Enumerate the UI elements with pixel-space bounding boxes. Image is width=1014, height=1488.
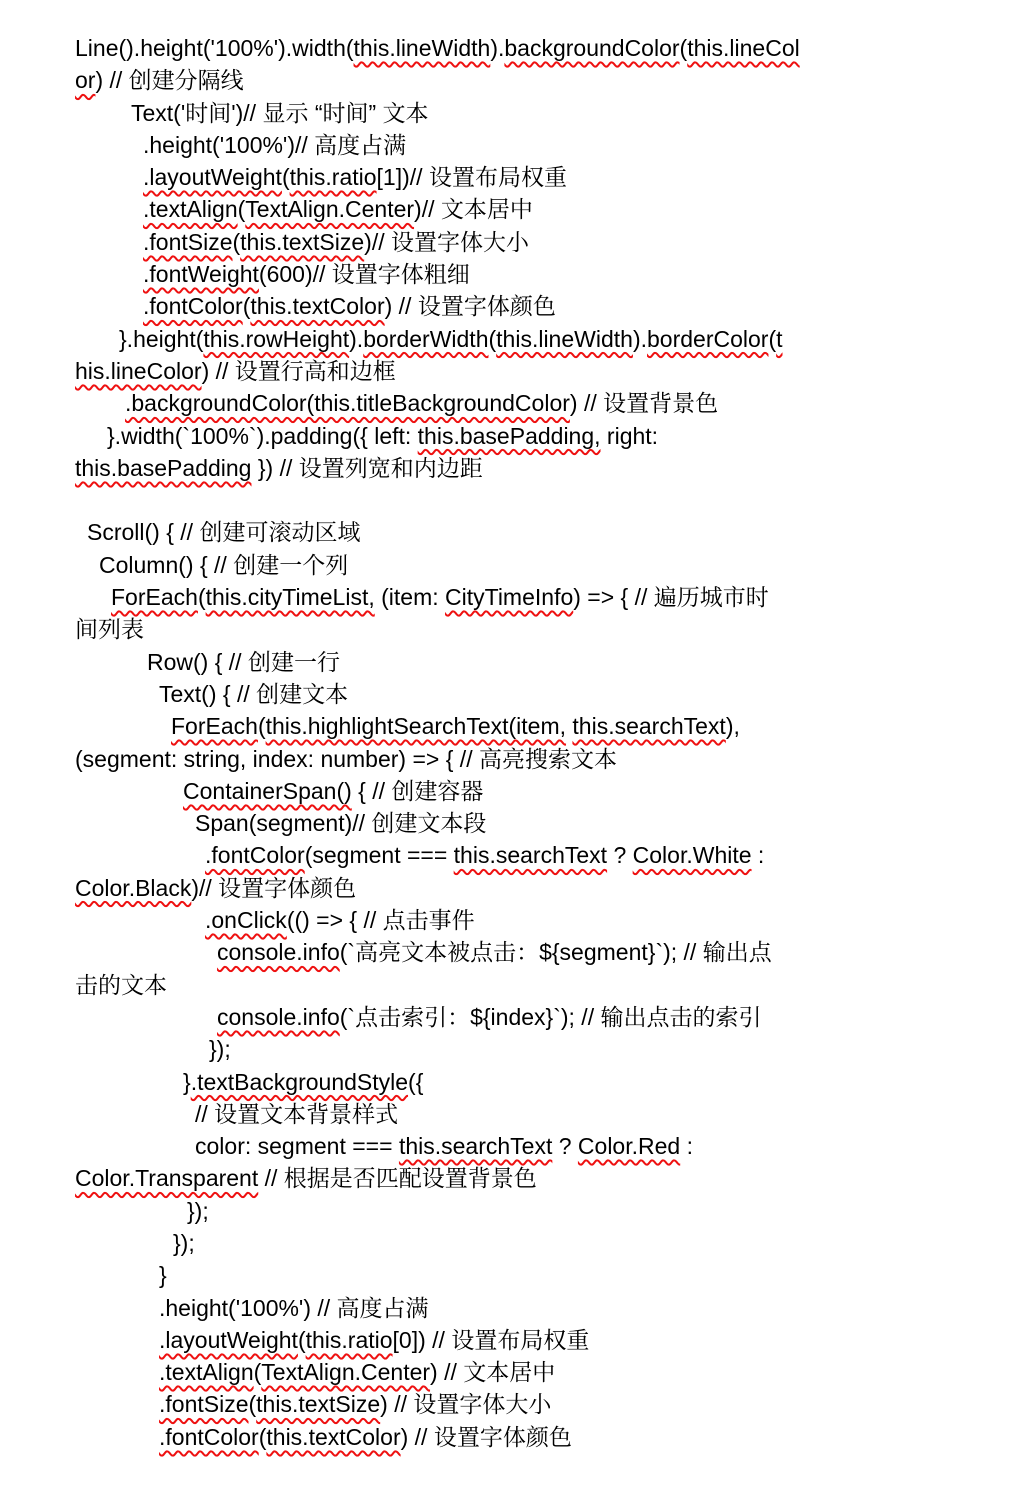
code-line: .layoutWeight(this.ratio[0]) // 设置布局权重: [75, 1324, 974, 1356]
misspelled-text: .fontColor: [143, 293, 243, 319]
misspelled-text: this.ratio: [290, 164, 377, 190]
code-line: ContainerSpan() { // 创建容器: [75, 775, 974, 807]
misspelled-text: backgroundColor: [504, 35, 679, 61]
misspelled-text: .layoutWeight: [159, 1327, 298, 1353]
misspelled-text: ForEach: [171, 713, 258, 739]
code-text: (: [298, 1327, 306, 1353]
code-text: :: [752, 842, 765, 868]
code-text: }) // 设置列宽和内边距: [251, 455, 482, 481]
code-text: }.height(: [119, 326, 203, 352]
code-text: Text('时间')// 显示 “时间” 文本: [131, 100, 429, 126]
misspelled-text: this.searchText: [454, 842, 607, 868]
code-text: .height('100%') // 高度占满: [159, 1295, 429, 1321]
code-text: ).: [633, 326, 647, 352]
misspelled-text: this.lineWidth: [354, 35, 491, 61]
misspelled-text: TextAlign.Center: [245, 196, 414, 222]
code-line: Text('时间')// 显示 “时间” 文本: [75, 97, 974, 129]
code-line: }.height(this.rowHeight).borderWidth(thi…: [75, 323, 974, 355]
code-text: (: [282, 164, 290, 190]
code-text: [0]) // 设置布局权重: [393, 1327, 590, 1353]
code-text: Line().height('100%').width(: [75, 35, 354, 61]
code-line: Column() { // 创建一个列: [75, 549, 974, 581]
code-line: Line().height('100%').width(this.lineWid…: [75, 32, 974, 64]
code-text: Column() { // 创建一个列: [99, 552, 348, 578]
code-line: Span(segment)// 创建文本段: [75, 807, 974, 839]
misspelled-text: this.searchText: [399, 1133, 552, 1159]
code-text: Scroll() { // 创建可滚动区域: [87, 519, 360, 545]
misspelled-text: .textBackgroundStyle: [191, 1069, 408, 1095]
misspelled-text: .fontColor: [205, 842, 305, 868]
code-text: ).: [349, 326, 363, 352]
code-text: }: [159, 1262, 167, 1288]
misspelled-text: this.textColor: [266, 1424, 400, 1450]
code-line: 间列表: [75, 613, 974, 645]
code-text: (segment: string, index: number) => { //…: [75, 746, 617, 772]
code-text: { // 创建容器: [352, 778, 484, 804]
code-text: Row() { // 创建一行: [147, 649, 340, 675]
code-line: }.width(`100%`).padding({ left: this.bas…: [75, 420, 974, 452]
misspelled-text: this.basePadding: [75, 455, 251, 481]
code-text: ) // 设置背景色: [570, 390, 718, 416]
misspelled-text: this.cityTimeList,: [206, 584, 375, 610]
misspelled-text: t: [776, 326, 782, 352]
misspelled-text: .textAlign: [143, 196, 238, 222]
code-line: console.info(`点击索引：${index}`); // 输出点击的索…: [75, 1001, 974, 1033]
misspelled-text: this.textSize: [256, 1391, 380, 1417]
code-line: .height('100%')// 高度占满: [75, 129, 974, 161]
misspelled-text: console.info: [217, 1004, 340, 1030]
misspelled-text: this.rowHeight: [203, 326, 349, 352]
code-text: }: [183, 1069, 191, 1095]
misspelled-text: or: [75, 67, 95, 93]
code-text: ?: [552, 1133, 578, 1159]
code-text: :: [680, 1133, 693, 1159]
code-line: (segment: string, index: number) => { //…: [75, 743, 974, 775]
misspelled-text: .backgroundColor(this.titleBackgroundCol…: [125, 390, 570, 416]
code-text: ) // 设置行高和边框: [202, 358, 396, 384]
misspelled-text: .fontWeight: [143, 261, 259, 287]
code-text: (: [198, 584, 206, 610]
code-line: }.textBackgroundStyle({: [75, 1066, 974, 1098]
code-line: Color.Transparent // 根据是否匹配设置背景色: [75, 1162, 974, 1194]
code-text: ),: [726, 713, 740, 739]
code-line: .layoutWeight(this.ratio[1])// 设置布局权重: [75, 161, 974, 193]
code-text: ?: [607, 842, 633, 868]
code-text: }.width(`100%`).padding({ left:: [107, 423, 418, 449]
misspelled-text: ContainerSpan(): [183, 778, 352, 804]
code-line: ForEach(this.cityTimeList, (item: CityTi…: [75, 581, 974, 613]
code-line: });: [75, 1033, 974, 1065]
code-line: .height('100%') // 高度占满: [75, 1292, 974, 1324]
misspelled-text: this.lineWidth: [496, 326, 633, 352]
code-text: (() => { // 点击事件: [287, 907, 475, 933]
misspelled-text: this.basePadding,: [418, 423, 601, 449]
code-text: (item:: [375, 584, 445, 610]
code-text: ) => { // 遍历城市时: [573, 584, 769, 610]
code-line: .fontColor(segment === this.searchText ?…: [75, 839, 974, 871]
code-text: (`高亮文本被点击：${segment}`); // 输出点: [340, 939, 772, 965]
code-line: }: [75, 1259, 974, 1291]
code-line: .fontSize(this.textSize)// 设置字体大小: [75, 226, 974, 258]
misspelled-text: console.info: [217, 939, 340, 965]
misspelled-text: .fontColor: [159, 1424, 259, 1450]
code-line: .textAlign(TextAlign.Center) // 文本居中: [75, 1356, 974, 1388]
code-text: (`点击索引：${index}`); // 输出点击的索引: [340, 1004, 762, 1030]
misspelled-text: CityTimeInfo: [445, 584, 573, 610]
code-text: .height('100%')// 高度占满: [143, 132, 406, 158]
code-line: .fontColor(this.textColor) // 设置字体颜色: [75, 290, 974, 322]
misspelled-text: borderColor: [647, 326, 768, 352]
code-text: ) // 设置字体大小: [380, 1391, 551, 1417]
misspelled-text: Color.Black: [75, 875, 191, 901]
code-text: )// 设置字体颜色: [191, 875, 356, 901]
misspelled-text: this.textSize: [240, 229, 364, 255]
code-line: });: [75, 1195, 974, 1227]
misspelled-text: this.textColor: [250, 293, 384, 319]
misspelled-text: TextAlign.Center: [261, 1359, 430, 1385]
code-text: // 根据是否匹配设置背景色: [258, 1165, 537, 1191]
code-text: [1])// 设置布局权重: [377, 164, 567, 190]
code-text: });: [187, 1198, 209, 1224]
code-line: .fontSize(this.textSize) // 设置字体大小: [75, 1388, 974, 1420]
code-line: .textAlign(TextAlign.Center)// 文本居中: [75, 193, 974, 225]
code-line: .fontColor(this.textColor) // 设置字体颜色: [75, 1421, 974, 1453]
code-line: .onClick(() => { // 点击事件: [75, 904, 974, 936]
code-line: .backgroundColor(this.titleBackgroundCol…: [75, 387, 974, 419]
code-text: });: [173, 1230, 195, 1256]
code-text: color: segment ===: [195, 1133, 399, 1159]
code-text: });: [209, 1036, 231, 1062]
code-text: Text() { // 创建文本: [159, 681, 348, 707]
code-line: console.info(`高亮文本被点击：${segment}`); // 输…: [75, 936, 974, 968]
misspelled-text: Color.Red: [578, 1133, 680, 1159]
code-line: Text() { // 创建文本: [75, 678, 974, 710]
code-line: });: [75, 1227, 974, 1259]
misspelled-text: this.searchText: [572, 713, 725, 739]
code-line: Row() { // 创建一行: [75, 646, 974, 678]
code-text: (: [488, 326, 496, 352]
code-line: .fontWeight(600)// 设置字体粗细: [75, 258, 974, 290]
code-text: ) // 文本居中: [430, 1359, 555, 1385]
code-line: [75, 484, 974, 516]
code-line: // 设置文本背景样式: [75, 1098, 974, 1130]
code-text: (segment ===: [305, 842, 454, 868]
code-text: Span(segment)// 创建文本段: [195, 810, 486, 836]
misspelled-text: Color.Transparent: [75, 1165, 258, 1191]
code-text: 间列表: [75, 616, 144, 642]
misspelled-text: this.ratio: [306, 1327, 393, 1353]
misspelled-text: Color.White: [633, 842, 752, 868]
code-text: (: [258, 713, 266, 739]
code-text: ) // 创建分隔线: [95, 67, 243, 93]
code-text: ) // 设置字体颜色: [385, 293, 556, 319]
code-text: // 设置文本背景样式: [195, 1101, 398, 1127]
code-text: ).: [490, 35, 504, 61]
misspelled-text: borderWidth: [363, 326, 488, 352]
code-text: )// 设置字体大小: [364, 229, 529, 255]
code-text: ({: [408, 1069, 423, 1095]
code-line: this.basePadding }) // 设置列宽和内边距: [75, 452, 974, 484]
code-text: 击的文本: [75, 972, 167, 998]
misspelled-text: .fontSize: [143, 229, 233, 255]
code-text: (: [768, 326, 776, 352]
misspelled-text: this.highlightSearchText(item,: [266, 713, 566, 739]
misspelled-text: .layoutWeight: [143, 164, 282, 190]
code-text: (600)// 设置字体粗细: [259, 261, 470, 287]
code-text: right:: [601, 423, 659, 449]
code-line: color: segment === this.searchText ? Col…: [75, 1130, 974, 1162]
misspelled-text: this.lineCol: [687, 35, 800, 61]
code-line: or) // 创建分隔线: [75, 64, 974, 96]
misspelled-text: his.lineColor: [75, 358, 202, 384]
code-line: ForEach(this.highlightSearchText(item, t…: [75, 710, 974, 742]
code-line: Scroll() { // 创建可滚动区域: [75, 516, 974, 548]
misspelled-text: ForEach: [111, 584, 198, 610]
code-line: his.lineColor) // 设置行高和边框: [75, 355, 974, 387]
code-text: ) // 设置字体颜色: [401, 1424, 572, 1450]
misspelled-text: .textAlign: [159, 1359, 254, 1385]
code-text: )// 文本居中: [414, 196, 533, 222]
code-line: 击的文本: [75, 969, 974, 1001]
misspelled-text: .onClick: [205, 907, 287, 933]
document-page: Line().height('100%').width(this.lineWid…: [0, 0, 1014, 1488]
misspelled-text: .fontSize: [159, 1391, 249, 1417]
code-line: Color.Black)// 设置字体颜色: [75, 872, 974, 904]
